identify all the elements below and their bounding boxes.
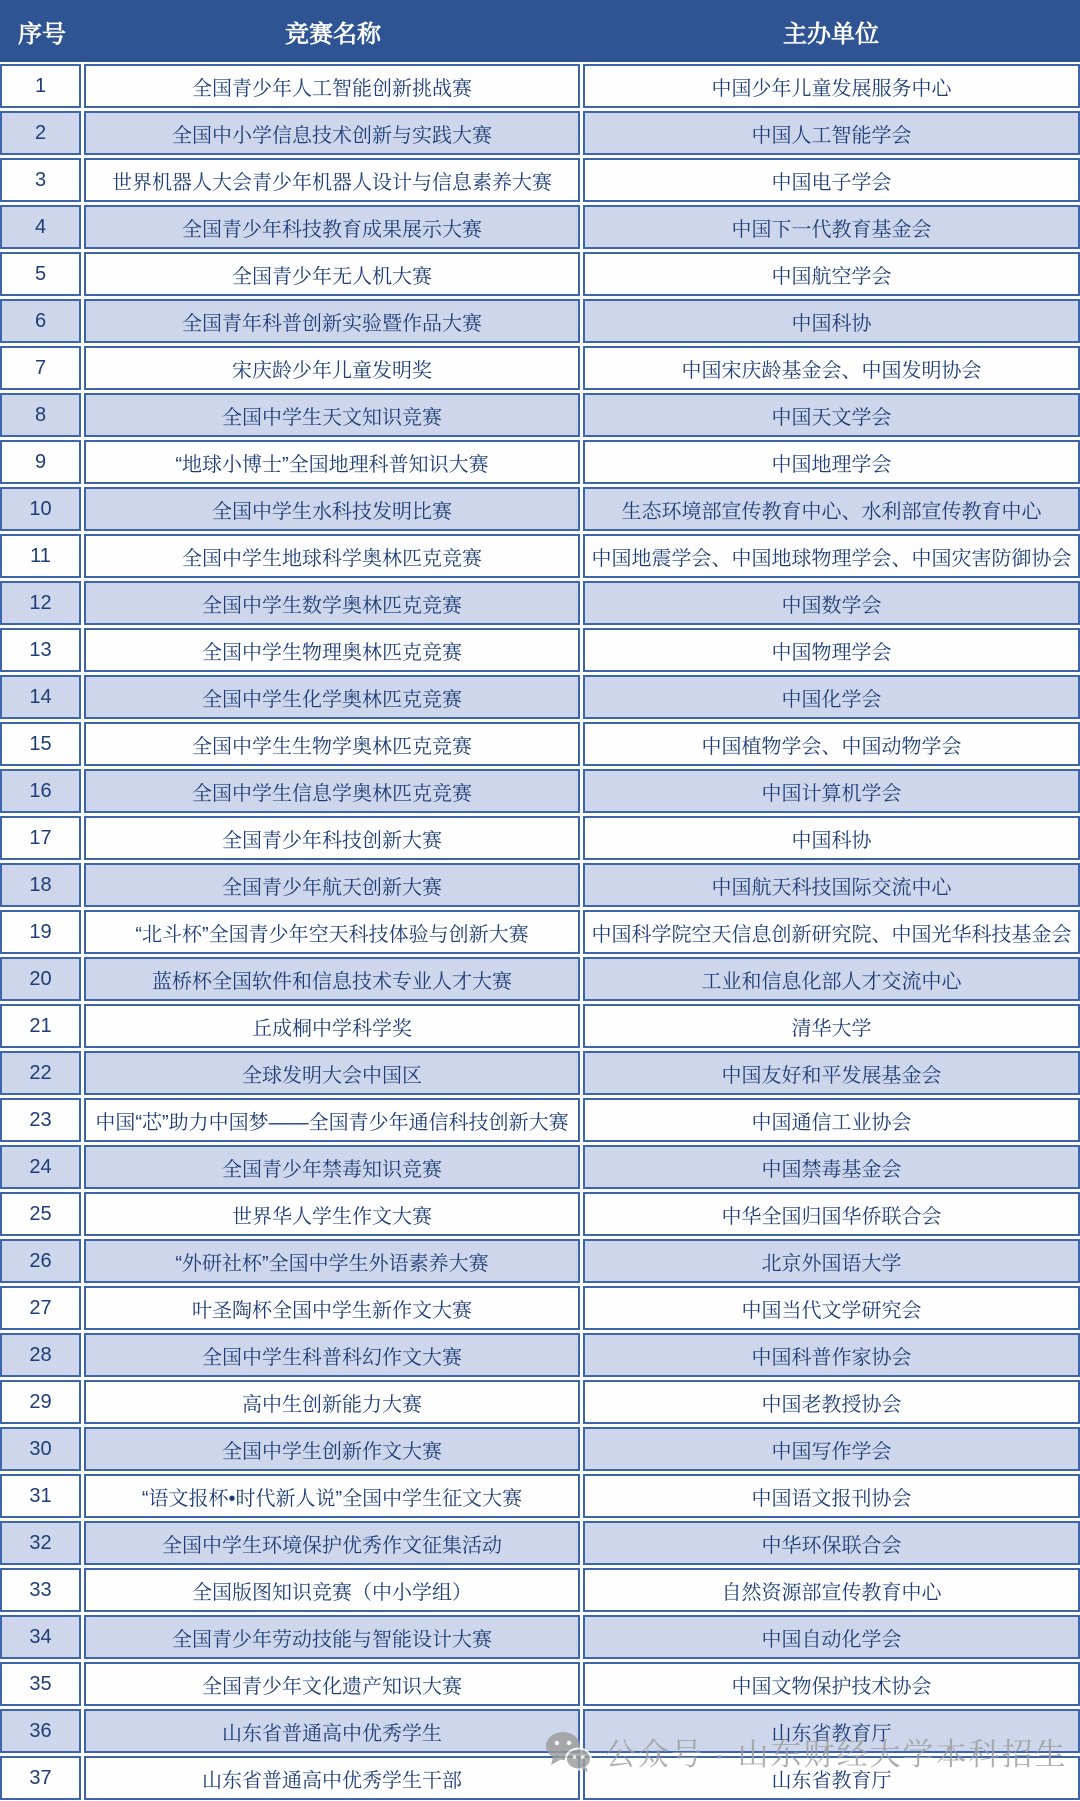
organizer-cell: 中华全国归国华侨联合会 [583,1192,1080,1236]
organizer-cell: 中国通信工业协会 [583,1098,1080,1142]
competition-name-cell: 全国版图知识竞赛（中小学组） [84,1568,580,1612]
organizer-cell: 中国宋庆龄基金会、中国发明协会 [583,346,1080,390]
row-number-cell: 34 [0,1615,81,1659]
organizer-cell: 中国植物学会、中国动物学会 [583,722,1080,766]
competition-name-cell: 山东省普通高中优秀学生干部 [84,1756,580,1800]
table-row: 17 全国青少年科技创新大赛 中国科协 [0,816,1080,860]
organizer-cell: 中国下一代教育基金会 [583,205,1080,249]
row-number-cell: 5 [0,252,81,296]
table-row: 28 全国中学生科普科幻作文大赛 中国科普作家协会 [0,1333,1080,1377]
competition-name-cell: 全国中学生数学奥林匹克竞赛 [84,581,580,625]
competition-name-cell: 全国青少年人工智能创新挑战赛 [84,64,580,108]
row-number-cell: 28 [0,1333,81,1377]
table-row: 23 中国“芯”助力中国梦——全国青少年通信科技创新大赛 中国通信工业协会 [0,1098,1080,1142]
table-row: 31 “语文报杯•时代新人说”全国中学生征文大赛 中国语文报刊协会 [0,1474,1080,1518]
row-number-cell: 19 [0,910,81,954]
table-row: 27 叶圣陶杯全国中学生新作文大赛 中国当代文学研究会 [0,1286,1080,1330]
row-number-cell: 24 [0,1145,81,1189]
row-number-cell: 14 [0,675,81,719]
row-number-cell: 10 [0,487,81,531]
row-number-cell: 3 [0,158,81,202]
row-number-cell: 23 [0,1098,81,1142]
table-row: 29 高中生创新能力大赛 中国老教授协会 [0,1380,1080,1424]
organizer-cell: 中国航空学会 [583,252,1080,296]
table-body: 1 全国青少年人工智能创新挑战赛 中国少年儿童发展服务中心 2 全国中小学信息技… [0,64,1080,1800]
table-row: 9 “地球小博士”全国地理科普知识大赛 中国地理学会 [0,440,1080,484]
column-header-organizer: 主办单位 [582,0,1080,62]
competition-name-cell: 全国中学生物理奥林匹克竞赛 [84,628,580,672]
competition-name-cell: 全国中小学信息技术创新与实践大赛 [84,111,580,155]
row-number-cell: 33 [0,1568,81,1612]
competition-name-cell: 全国中学生科普科幻作文大赛 [84,1333,580,1377]
table-row: 37 山东省普通高中优秀学生干部 山东省教育厅 [0,1756,1080,1800]
row-number-cell: 32 [0,1521,81,1565]
row-number-cell: 9 [0,440,81,484]
competition-name-cell: 丘成桐中学科学奖 [84,1004,580,1048]
table-row: 35 全国青少年文化遗产知识大赛 中国文物保护技术协会 [0,1662,1080,1706]
competition-name-cell: “北斗杯”全国青少年空天科技体验与创新大赛 [84,910,580,954]
table-row: 18 全国青少年航天创新大赛 中国航天科技国际交流中心 [0,863,1080,907]
organizer-cell: 中国科学院空天信息创新研究院、中国光华科技基金会 [583,910,1080,954]
table-row: 36 山东省普通高中优秀学生 山东省教育厅 [0,1709,1080,1753]
table-row: 8 全国中学生天文知识竞赛 中国天文学会 [0,393,1080,437]
competition-name-cell: 全国青少年无人机大赛 [84,252,580,296]
row-number-cell: 31 [0,1474,81,1518]
competition-name-cell: 高中生创新能力大赛 [84,1380,580,1424]
row-number-cell: 20 [0,957,81,1001]
column-header-competition-name: 竞赛名称 [84,0,582,62]
organizer-cell: 中国科协 [583,816,1080,860]
competition-name-cell: “外研社杯”全国中学生外语素养大赛 [84,1239,580,1283]
organizer-cell: 中国禁毒基金会 [583,1145,1080,1189]
organizer-cell: 中国天文学会 [583,393,1080,437]
competition-name-cell: 中国“芯”助力中国梦——全国青少年通信科技创新大赛 [84,1098,580,1142]
competition-name-cell: 全国青少年劳动技能与智能设计大赛 [84,1615,580,1659]
table-row: 20 蓝桥杯全国软件和信息技术专业人才大赛 工业和信息化部人才交流中心 [0,957,1080,1001]
organizer-cell: 中国友好和平发展基金会 [583,1051,1080,1095]
organizer-cell: 中国少年儿童发展服务中心 [583,64,1080,108]
organizer-cell: 中国老教授协会 [583,1380,1080,1424]
competition-name-cell: 宋庆龄少年儿童发明奖 [84,346,580,390]
competition-name-cell: 全国中学生信息学奥林匹克竞赛 [84,769,580,813]
row-number-cell: 11 [0,534,81,578]
table-row: 16 全国中学生信息学奥林匹克竞赛 中国计算机学会 [0,769,1080,813]
table-row: 15 全国中学生生物学奥林匹克竞赛 中国植物学会、中国动物学会 [0,722,1080,766]
organizer-cell: 中国科协 [583,299,1080,343]
organizer-cell: 中国科普作家协会 [583,1333,1080,1377]
row-number-cell: 6 [0,299,81,343]
row-number-cell: 37 [0,1756,81,1800]
competition-name-cell: “语文报杯•时代新人说”全国中学生征文大赛 [84,1474,580,1518]
organizer-cell: 中国自动化学会 [583,1615,1080,1659]
organizer-cell: 中国化学会 [583,675,1080,719]
competition-name-cell: 全国青少年科技创新大赛 [84,816,580,860]
table-row: 30 全国中学生创新作文大赛 中国写作学会 [0,1427,1080,1471]
organizer-cell: 自然资源部宣传教育中心 [583,1568,1080,1612]
table-row: 5 全国青少年无人机大赛 中国航空学会 [0,252,1080,296]
organizer-cell: 中华环保联合会 [583,1521,1080,1565]
organizer-cell: 北京外国语大学 [583,1239,1080,1283]
table-row: 34 全国青少年劳动技能与智能设计大赛 中国自动化学会 [0,1615,1080,1659]
organizer-cell: 中国物理学会 [583,628,1080,672]
competition-name-cell: 全国青少年禁毒知识竞赛 [84,1145,580,1189]
organizer-cell: 工业和信息化部人才交流中心 [583,957,1080,1001]
competition-name-cell: “地球小博士”全国地理科普知识大赛 [84,440,580,484]
organizer-cell: 中国地震学会、中国地球物理学会、中国灾害防御协会 [583,534,1080,578]
table-row: 1 全国青少年人工智能创新挑战赛 中国少年儿童发展服务中心 [0,64,1080,108]
row-number-cell: 7 [0,346,81,390]
table-row: 33 全国版图知识竞赛（中小学组） 自然资源部宣传教育中心 [0,1568,1080,1612]
competition-name-cell: 全国中学生化学奥林匹克竞赛 [84,675,580,719]
table-row: 19 “北斗杯”全国青少年空天科技体验与创新大赛 中国科学院空天信息创新研究院、… [0,910,1080,954]
table-row: 11 全国中学生地球科学奥林匹克竞赛 中国地震学会、中国地球物理学会、中国灾害防… [0,534,1080,578]
table-row: 21 丘成桐中学科学奖 清华大学 [0,1004,1080,1048]
organizer-cell: 山东省教育厅 [583,1756,1080,1800]
row-number-cell: 30 [0,1427,81,1471]
organizer-cell: 生态环境部宣传教育中心、水利部宣传教育中心 [583,487,1080,531]
organizer-cell: 中国人工智能学会 [583,111,1080,155]
table-header: 序号 竞赛名称 主办单位 [0,0,1080,62]
competition-name-cell: 全国中学生水科技发明比赛 [84,487,580,531]
row-number-cell: 22 [0,1051,81,1095]
row-number-cell: 15 [0,722,81,766]
organizer-cell: 中国写作学会 [583,1427,1080,1471]
competition-name-cell: 世界机器人大会青少年机器人设计与信息素养大赛 [84,158,580,202]
table-row: 26 “外研社杯”全国中学生外语素养大赛 北京外国语大学 [0,1239,1080,1283]
row-number-cell: 13 [0,628,81,672]
competition-name-cell: 全国青少年科技教育成果展示大赛 [84,205,580,249]
row-number-cell: 27 [0,1286,81,1330]
competition-name-cell: 全国青少年航天创新大赛 [84,863,580,907]
row-number-cell: 4 [0,205,81,249]
table-row: 25 世界华人学生作文大赛 中华全国归国华侨联合会 [0,1192,1080,1236]
row-number-cell: 17 [0,816,81,860]
row-number-cell: 18 [0,863,81,907]
row-number-cell: 8 [0,393,81,437]
row-number-cell: 16 [0,769,81,813]
organizer-cell: 中国数学会 [583,581,1080,625]
row-number-cell: 25 [0,1192,81,1236]
row-number-cell: 2 [0,111,81,155]
row-number-cell: 29 [0,1380,81,1424]
row-number-cell: 1 [0,64,81,108]
table-row: 24 全国青少年禁毒知识竞赛 中国禁毒基金会 [0,1145,1080,1189]
table-row: 2 全国中小学信息技术创新与实践大赛 中国人工智能学会 [0,111,1080,155]
table-row: 13 全国中学生物理奥林匹克竞赛 中国物理学会 [0,628,1080,672]
table-row: 7 宋庆龄少年儿童发明奖 中国宋庆龄基金会、中国发明协会 [0,346,1080,390]
organizer-cell: 中国地理学会 [583,440,1080,484]
competition-name-cell: 全国中学生生物学奥林匹克竞赛 [84,722,580,766]
table-row: 10 全国中学生水科技发明比赛 生态环境部宣传教育中心、水利部宣传教育中心 [0,487,1080,531]
table-row: 4 全国青少年科技教育成果展示大赛 中国下一代教育基金会 [0,205,1080,249]
organizer-cell: 中国当代文学研究会 [583,1286,1080,1330]
organizer-cell: 山东省教育厅 [583,1709,1080,1753]
table-row: 22 全球发明大会中国区 中国友好和平发展基金会 [0,1051,1080,1095]
competition-name-cell: 全国中学生地球科学奥林匹克竞赛 [84,534,580,578]
competition-name-cell: 全国青少年文化遗产知识大赛 [84,1662,580,1706]
competition-name-cell: 全国中学生天文知识竞赛 [84,393,580,437]
competition-name-cell: 全国中学生环境保护优秀作文征集活动 [84,1521,580,1565]
table-row: 6 全国青年科普创新实验暨作品大赛 中国科协 [0,299,1080,343]
table-row: 3 世界机器人大会青少年机器人设计与信息素养大赛 中国电子学会 [0,158,1080,202]
row-number-cell: 12 [0,581,81,625]
row-number-cell: 21 [0,1004,81,1048]
organizer-cell: 中国文物保护技术协会 [583,1662,1080,1706]
organizer-cell: 中国语文报刊协会 [583,1474,1080,1518]
table-row: 12 全国中学生数学奥林匹克竞赛 中国数学会 [0,581,1080,625]
organizer-cell: 中国航天科技国际交流中心 [583,863,1080,907]
row-number-cell: 26 [0,1239,81,1283]
competition-name-cell: 全国中学生创新作文大赛 [84,1427,580,1471]
column-header-index: 序号 [0,0,84,62]
organizer-cell: 中国电子学会 [583,158,1080,202]
row-number-cell: 35 [0,1662,81,1706]
table-row: 14 全国中学生化学奥林匹克竞赛 中国化学会 [0,675,1080,719]
competition-name-cell: 世界华人学生作文大赛 [84,1192,580,1236]
table-row: 32 全国中学生环境保护优秀作文征集活动 中华环保联合会 [0,1521,1080,1565]
competition-name-cell: 山东省普通高中优秀学生 [84,1709,580,1753]
row-number-cell: 36 [0,1709,81,1753]
competition-name-cell: 全球发明大会中国区 [84,1051,580,1095]
competition-name-cell: 叶圣陶杯全国中学生新作文大赛 [84,1286,580,1330]
organizer-cell: 中国计算机学会 [583,769,1080,813]
organizer-cell: 清华大学 [583,1004,1080,1048]
competition-name-cell: 蓝桥杯全国软件和信息技术专业人才大赛 [84,957,580,1001]
competition-name-cell: 全国青年科普创新实验暨作品大赛 [84,299,580,343]
